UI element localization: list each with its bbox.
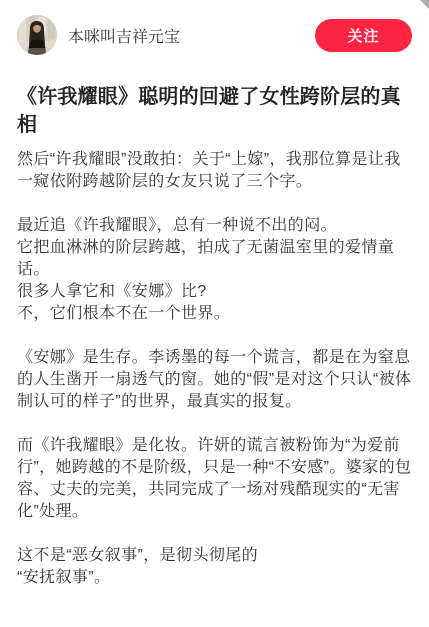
paragraph-line: “安抚叙事”。 xyxy=(17,567,412,589)
paragraph-line: 很多人拿它和《安娜》比? xyxy=(17,281,412,303)
paragraph-line: 然后“许我耀眼”没敢拍：关于“上嫁”，我那位算是让我 xyxy=(17,149,412,171)
avatar-photo-icon xyxy=(17,15,57,55)
paragraph-line: 话。 xyxy=(17,259,412,281)
paragraph-line: 这不是“恶女叙事”，是彻头彻尾的 xyxy=(17,545,412,567)
paragraph-line: 一窥依附跨越阶层的女友只说了三个字。 xyxy=(17,171,412,193)
post-body: 然后“许我耀眼”没敢拍：关于“上嫁”，我那位算是让我一窥依附跨越阶层的女友只说了… xyxy=(17,149,412,589)
paragraph-line: 行”，她跨越的不是阶级，只是一种“不安感”。婆家的包 xyxy=(17,457,412,479)
paragraph: 最近追《许我耀眼》，总有一种说不出的闷。它把血淋淋的阶层跨越，拍成了无菌温室里的… xyxy=(17,215,412,325)
paragraph: 这不是“恶女叙事”，是彻头彻尾的“安抚叙事”。 xyxy=(17,545,412,589)
paragraph-line: 不，它们根本不在一个世界。 xyxy=(17,303,412,325)
cropped-corner-artifact xyxy=(420,0,429,9)
paragraph-line: 最近追《许我耀眼》，总有一种说不出的闷。 xyxy=(17,215,412,237)
post-title: 《许我耀眼》聪明的回避了女性跨阶层的真相 xyxy=(17,83,412,139)
paragraph: 然后“许我耀眼”没敢拍：关于“上嫁”，我那位算是让我一窥依附跨越阶层的女友只说了… xyxy=(17,149,412,193)
user-avatar[interactable] xyxy=(17,15,57,55)
paragraph-line: 制认可的样子”的世界，最真实的报复。 xyxy=(17,391,412,413)
username[interactable]: 本咪叫吉祥元宝 xyxy=(68,24,315,47)
paragraph-line: 容、丈夫的完美，共同完成了一场对残酷现实的“无害 xyxy=(17,479,412,501)
paragraph: 《安娜》是生存。李诱墨的每一个谎言，都是在为窒息的人生凿开一扇透气的窗。她的“假… xyxy=(17,347,412,413)
paragraph-line: 它把血淋淋的阶层跨越，拍成了无菌温室里的爱情童 xyxy=(17,237,412,259)
post-content: 《许我耀眼》聪明的回避了女性跨阶层的真相 然后“许我耀眼”没敢拍：关于“上嫁”，… xyxy=(0,83,429,589)
paragraph-line: 《安娜》是生存。李诱墨的每一个谎言，都是在为窒息 xyxy=(17,347,412,369)
follow-button[interactable]: 关注 xyxy=(315,19,412,52)
post-header: 本咪叫吉祥元宝 关注 xyxy=(0,0,429,55)
paragraph-line: 而《许我耀眼》是化妆。许妍的谎言被粉饰为“为爱前 xyxy=(17,435,412,457)
paragraph: 而《许我耀眼》是化妆。许妍的谎言被粉饰为“为爱前行”，她跨越的不是阶级，只是一种… xyxy=(17,435,412,523)
paragraph-line: 的人生凿开一扇透气的窗。她的“假”是对这个只认“被体 xyxy=(17,369,412,391)
paragraph-line: 化”处理。 xyxy=(17,501,412,523)
